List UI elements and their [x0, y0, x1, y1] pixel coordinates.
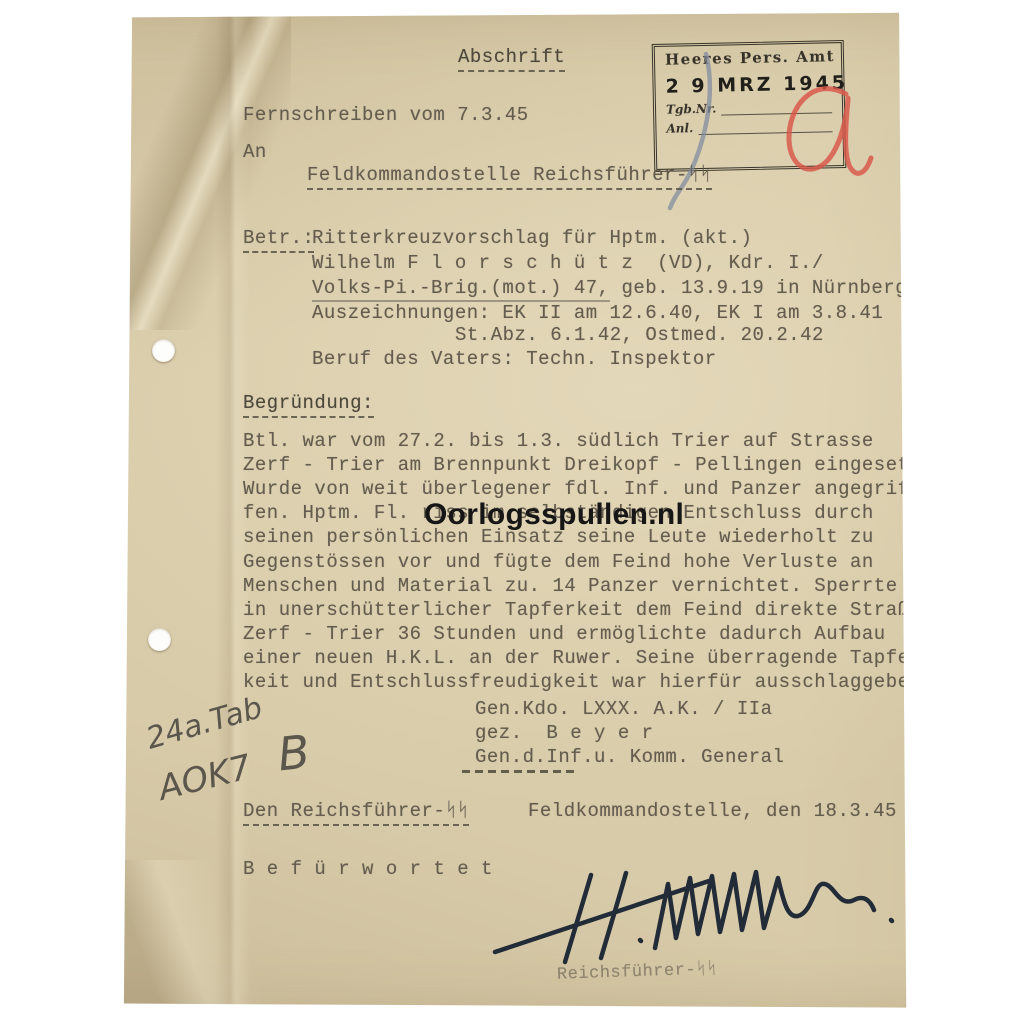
telegram-origin-line: Fernschreiben vom 7.3.45: [243, 104, 529, 126]
body-line: in unerschütterlicher Tapferkeit dem Fei…: [243, 599, 921, 621]
addressee-line: Feldkommandostelle Reichsführer-ᛋᛋ: [307, 164, 712, 186]
betreff-line-2: Wilhelm F l o r s c h ü t z (VD), Kdr. I…: [312, 252, 824, 274]
red-handwritten-mark: a: [770, 60, 885, 195]
footer-place-date: Feldkommandostelle, den 18.3.45: [528, 800, 897, 822]
body-line: Menschen und Material zu. 14 Panzer vern…: [243, 575, 898, 597]
pencil-note-3: B: [275, 724, 312, 781]
betreff-label: Betr.:: [243, 227, 314, 249]
body-line: Gegenstössen vor und fügte dem Feind hoh…: [243, 551, 874, 573]
betreff-line-6: Beruf des Vaters: Techn. Inspektor: [312, 348, 717, 370]
issuer-line-3: Gen.d.Inf.u. Komm. General: [475, 746, 784, 768]
punch-hole-bottom: [148, 628, 171, 651]
body-line: Zerf - Trier 36 Stunden und ermöglichte …: [243, 623, 886, 645]
punch-hole-top: [152, 339, 175, 362]
begruendung-heading: Begründung:: [243, 392, 374, 414]
issuer-separator-dashes: [462, 770, 577, 773]
betreff-line-3-rest: geb. 13.9.19 in Nürnberg,: [610, 277, 919, 299]
body-line: Wurde von weit überlegener fdl. Inf. und…: [243, 478, 921, 500]
body-line: Zerf - Trier am Brennpunkt Dreikopf - Pe…: [243, 454, 945, 476]
footer-endorsement: B e f ü r w o r t e t: [243, 858, 493, 880]
footer-to-line: Den Reichsführer-ᛋᛋ: [243, 800, 469, 822]
addressee-text: Feldkommandostelle Reichsführer-ᛋᛋ: [307, 164, 712, 190]
signature-name-text: H. Himmler.: [0, 0, 1, 1]
fold-crease-topleft: [116, 0, 291, 330]
betreff-line-3-underlined: Volks-Pi.-Brig.(mot.) 47,: [312, 277, 610, 302]
betreff-line-5: St.Abz. 6.1.42, Ostmed. 20.2.42: [455, 324, 824, 346]
betreff-line-4: Auszeichnungen: EK II am 12.6.40, EK I a…: [312, 302, 883, 324]
issuer-line-1: Gen.Kdo. LXXX. A.K. / IIa: [475, 698, 773, 720]
issuer-line-2: gez. B e y e r: [475, 722, 654, 744]
betreff-line-1: Ritterkreuzvorschlag für Hptm. (akt.): [312, 227, 752, 249]
begruendung-heading-text: Begründung:: [243, 392, 374, 418]
body-line: einer neuen H.K.L. an der Ruwer. Seine ü…: [243, 647, 933, 669]
scanned-document: Abschrift Heeres Pers. Amt 2 9 MRZ 1945 …: [0, 0, 1024, 1024]
betreff-label-text: Betr.:: [243, 227, 314, 253]
betreff-line-3: Volks-Pi.-Brig.(mot.) 47, geb. 13.9.19 i…: [312, 277, 919, 299]
paper-sheet: Abschrift Heeres Pers. Amt 2 9 MRZ 1945 …: [0, 0, 1024, 1024]
body-line: Btl. war vom 27.2. bis 1.3. südlich Trie…: [243, 430, 874, 452]
document-heading: Abschrift: [458, 46, 565, 68]
fold-crease-bottomleft: [116, 860, 296, 1010]
footer-to-line-text: Den Reichsführer-ᛋᛋ: [243, 800, 469, 826]
heading-text: Abschrift: [458, 46, 565, 72]
addressee-an-label: An: [243, 141, 267, 163]
body-line: keit und Entschlussfreudigkeit war hierf…: [243, 671, 933, 693]
watermark-text: Oorlogsspullen.nl: [424, 498, 684, 532]
